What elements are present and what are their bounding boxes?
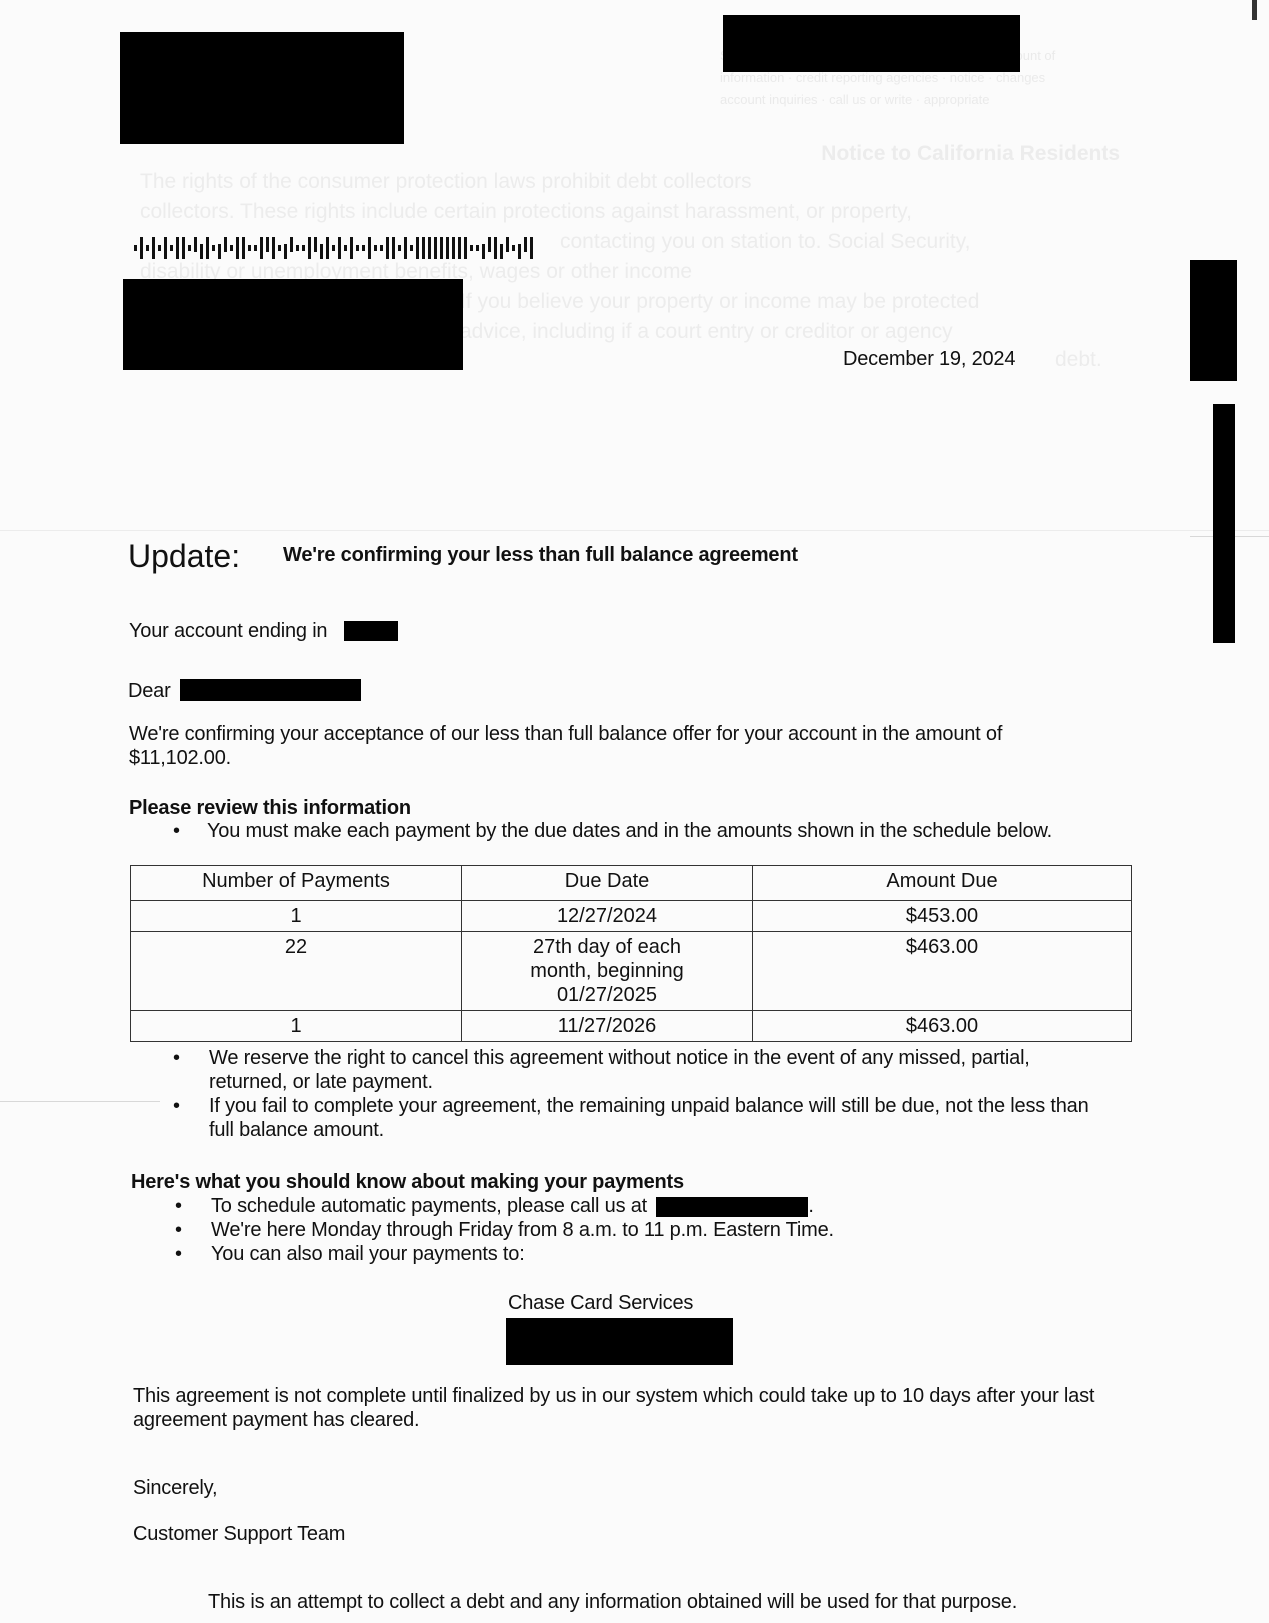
account-label: Your account ending in bbox=[129, 620, 327, 642]
update-label: Update: bbox=[128, 538, 240, 574]
postal-barcode bbox=[134, 237, 533, 263]
payment-amount: $463.00 bbox=[753, 932, 1132, 1011]
terms-bullets: We reserve the right to cancel this agre… bbox=[129, 1046, 1109, 1142]
column-header: Number of Payments bbox=[131, 866, 462, 901]
bleed-through-line: If you believe your property or income m… bbox=[460, 288, 1120, 315]
payments-bullet: We're here Monday through Friday from 8 … bbox=[131, 1218, 1111, 1242]
bleed-through-line: The rights of the consumer protection la… bbox=[140, 168, 1120, 195]
redacted-recipient-name bbox=[180, 679, 361, 701]
redacted-header-info bbox=[723, 15, 1020, 72]
bleed-through-line: debt. bbox=[1055, 346, 1135, 373]
terms-bullet: If you fail to complete your agreement, … bbox=[129, 1094, 1109, 1142]
bleed-through-line: collectors. These rights include certain… bbox=[140, 198, 1120, 225]
scan-edge-mark bbox=[1252, 0, 1257, 20]
closing: Sincerely, bbox=[133, 1476, 217, 1500]
bleed-through-text: account inquiries · call us or write · a… bbox=[720, 92, 1120, 108]
phone-instruction: To schedule automatic payments, please c… bbox=[211, 1195, 647, 1217]
fold-line bbox=[0, 530, 1269, 531]
letter-date: December 19, 2024 bbox=[843, 347, 1015, 371]
bleed-through-line: advice, including if a court entry or cr… bbox=[460, 318, 1120, 345]
terms-bullet: We reserve the right to cancel this agre… bbox=[129, 1046, 1109, 1094]
payment-amount: $463.00 bbox=[753, 1011, 1132, 1042]
redacted-margin-mark bbox=[1190, 260, 1237, 381]
payments-bullet: You can also mail your payments to: bbox=[131, 1242, 1111, 1266]
payment-count: 1 bbox=[131, 901, 462, 932]
payment-amount: $453.00 bbox=[753, 901, 1132, 932]
intro-paragraph: We're confirming your acceptance of our … bbox=[129, 722, 1089, 770]
completion-note: This agreement is not complete until fin… bbox=[133, 1384, 1133, 1432]
payments-heading: Here's what you should know about making… bbox=[131, 1170, 684, 1194]
redacted-recipient-address bbox=[123, 279, 463, 370]
mail-to-name: Chase Card Services bbox=[508, 1291, 693, 1315]
column-header: Due Date bbox=[462, 866, 753, 901]
table-header-row: Number of Payments Due Date Amount Due bbox=[131, 866, 1132, 901]
table-row: 1 12/27/2024 $453.00 bbox=[131, 901, 1132, 932]
bleed-through-line: contacting you on station to. Social Sec… bbox=[560, 228, 1120, 255]
payments-bullets: To schedule automatic payments, please c… bbox=[131, 1194, 1111, 1266]
bleed-through-text: information · credit reporting agencies … bbox=[720, 70, 1120, 86]
letter-subject: We're confirming your less than full bal… bbox=[283, 543, 798, 567]
redacted-account-number bbox=[344, 621, 398, 641]
signature: Customer Support Team bbox=[133, 1522, 345, 1546]
review-bullets: You must make each payment by the due da… bbox=[129, 819, 1129, 843]
payment-due-date: 12/27/2024 bbox=[462, 901, 753, 932]
redacted-phone-number bbox=[656, 1197, 808, 1217]
redacted-margin-mark bbox=[1213, 404, 1235, 643]
review-bullet: You must make each payment by the due da… bbox=[129, 819, 1129, 843]
payment-due-date: 27th day of each month, beginning 01/27/… bbox=[462, 932, 753, 1011]
column-header: Amount Due bbox=[753, 866, 1132, 901]
table-row: 22 27th day of each month, beginning 01/… bbox=[131, 932, 1132, 1011]
redacted-sender-address bbox=[120, 32, 404, 144]
bleed-through-heading: Notice to California Residents bbox=[720, 140, 1120, 167]
debt-collection-disclaimer: This is an attempt to collect a debt and… bbox=[208, 1590, 1017, 1614]
review-heading: Please review this information bbox=[129, 796, 411, 820]
redacted-mailing-address bbox=[506, 1318, 733, 1365]
payment-count: 22 bbox=[131, 932, 462, 1011]
payment-count: 1 bbox=[131, 1011, 462, 1042]
payment-due-date: 11/27/2026 bbox=[462, 1011, 753, 1042]
payments-bullet: To schedule automatic payments, please c… bbox=[131, 1194, 1111, 1218]
account-line: Your account ending in bbox=[129, 619, 327, 643]
table-row: 1 11/27/2026 $463.00 bbox=[131, 1011, 1132, 1042]
payment-schedule-table: Number of Payments Due Date Amount Due 1… bbox=[130, 865, 1132, 1042]
salutation: Dear bbox=[128, 679, 171, 703]
